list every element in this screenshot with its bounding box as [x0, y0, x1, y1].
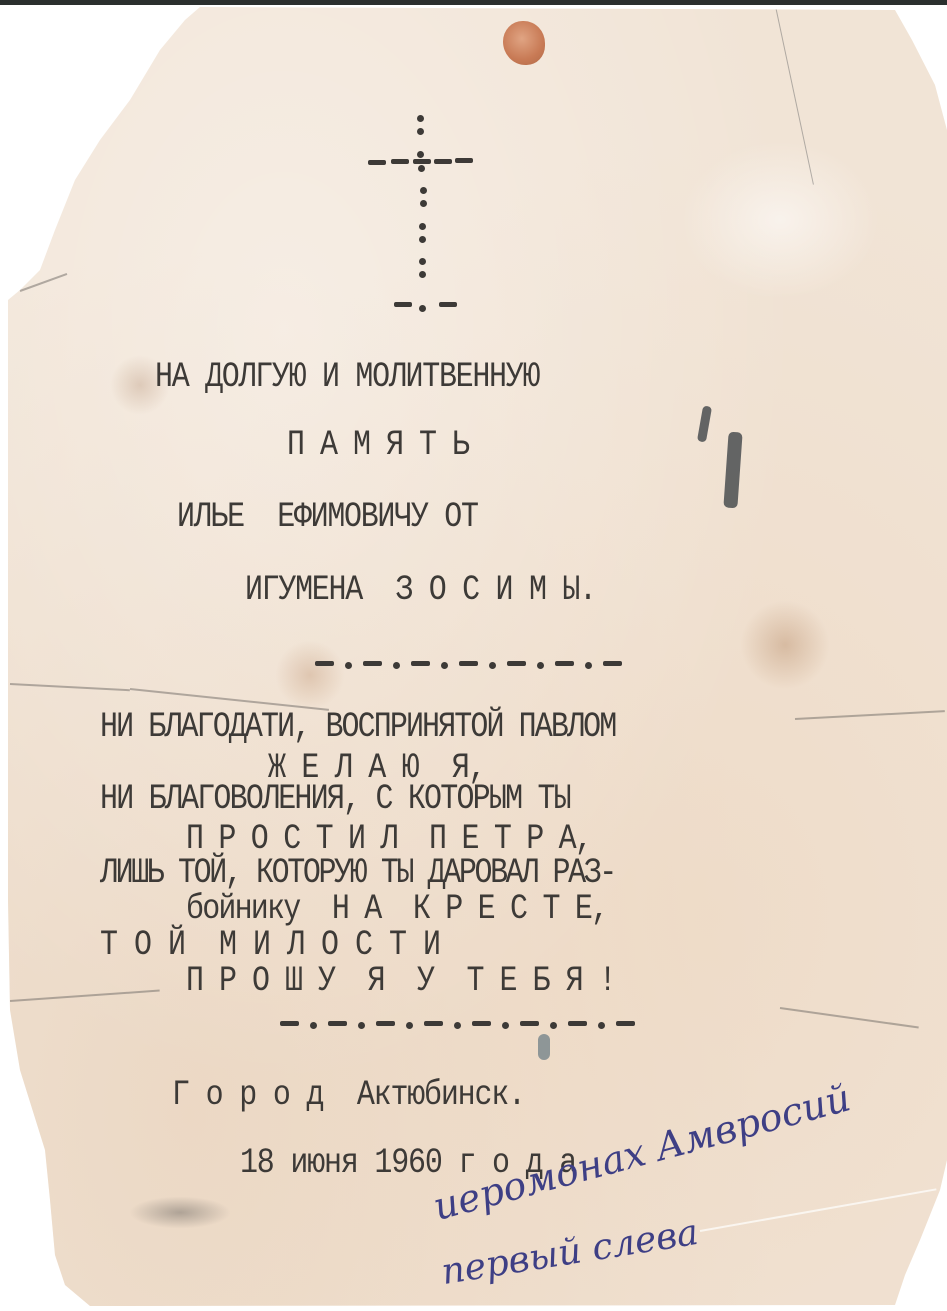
prayer-line-7: Т О Й М И Л О С Т И [100, 928, 440, 963]
prayer-line-8: П Р О Ш У Я У Т Е Б Я ! [186, 964, 615, 999]
tear-line [780, 1007, 919, 1028]
tear-line [10, 683, 130, 691]
tear-line [795, 710, 945, 720]
dedication-line-4: ИГУМЕНА З О С И М Ы. [245, 573, 596, 608]
scan-top-edge [0, 0, 947, 5]
separator-dash-dot [315, 658, 622, 669]
tear-line [10, 990, 160, 1002]
foxing-stain [275, 640, 345, 710]
ink-smudge [538, 1034, 550, 1060]
city-line: Г о р о д Актюбинск. [172, 1078, 525, 1113]
water-stain [680, 140, 880, 300]
dedication-line-1: НА ДОЛГУЮ И МОЛИТВЕННУЮ [155, 360, 539, 395]
prayer-line-4: П Р О С Т И Л П Е Т Р А, [186, 822, 591, 857]
thumbtack-residue [503, 21, 545, 65]
handwritten-note-line-2: первый слева [439, 1212, 701, 1293]
dedication-line-3: ИЛЬЕ ЕФИМОВИЧУ ОТ [177, 500, 478, 535]
ink-smudge [723, 432, 742, 509]
separator-dash-dot [280, 1018, 635, 1029]
ink-smudge [697, 405, 712, 442]
dedication-line-2: П А М Я Т Ь [287, 428, 469, 463]
paper-sheet: НА ДОЛГУЮ И МОЛИТВЕННУЮ П А М Я Т Ь ИЛЬЕ… [0, 0, 947, 1311]
prayer-line-5: ЛИШЬ ТОЙ, КОТОРУЮ ТЫ ДАРОВАЛ РАЗ- [100, 856, 615, 891]
prayer-line-6: бойнику Н А К Р Е С Т Е, [186, 892, 607, 927]
prayer-line-1: НИ БЛАГОДАТИ, ВОСПРИНЯТОЙ ПАВЛОМ [100, 710, 615, 745]
fold-line [700, 1188, 937, 1232]
crack-line [20, 273, 68, 292]
prayer-line-3: НИ БЛАГОВОЛЕНИЯ, С КОТОРЫМ ТЫ [100, 782, 570, 817]
foxing-stain [740, 600, 830, 690]
faded-stamp-mark [125, 1195, 235, 1230]
